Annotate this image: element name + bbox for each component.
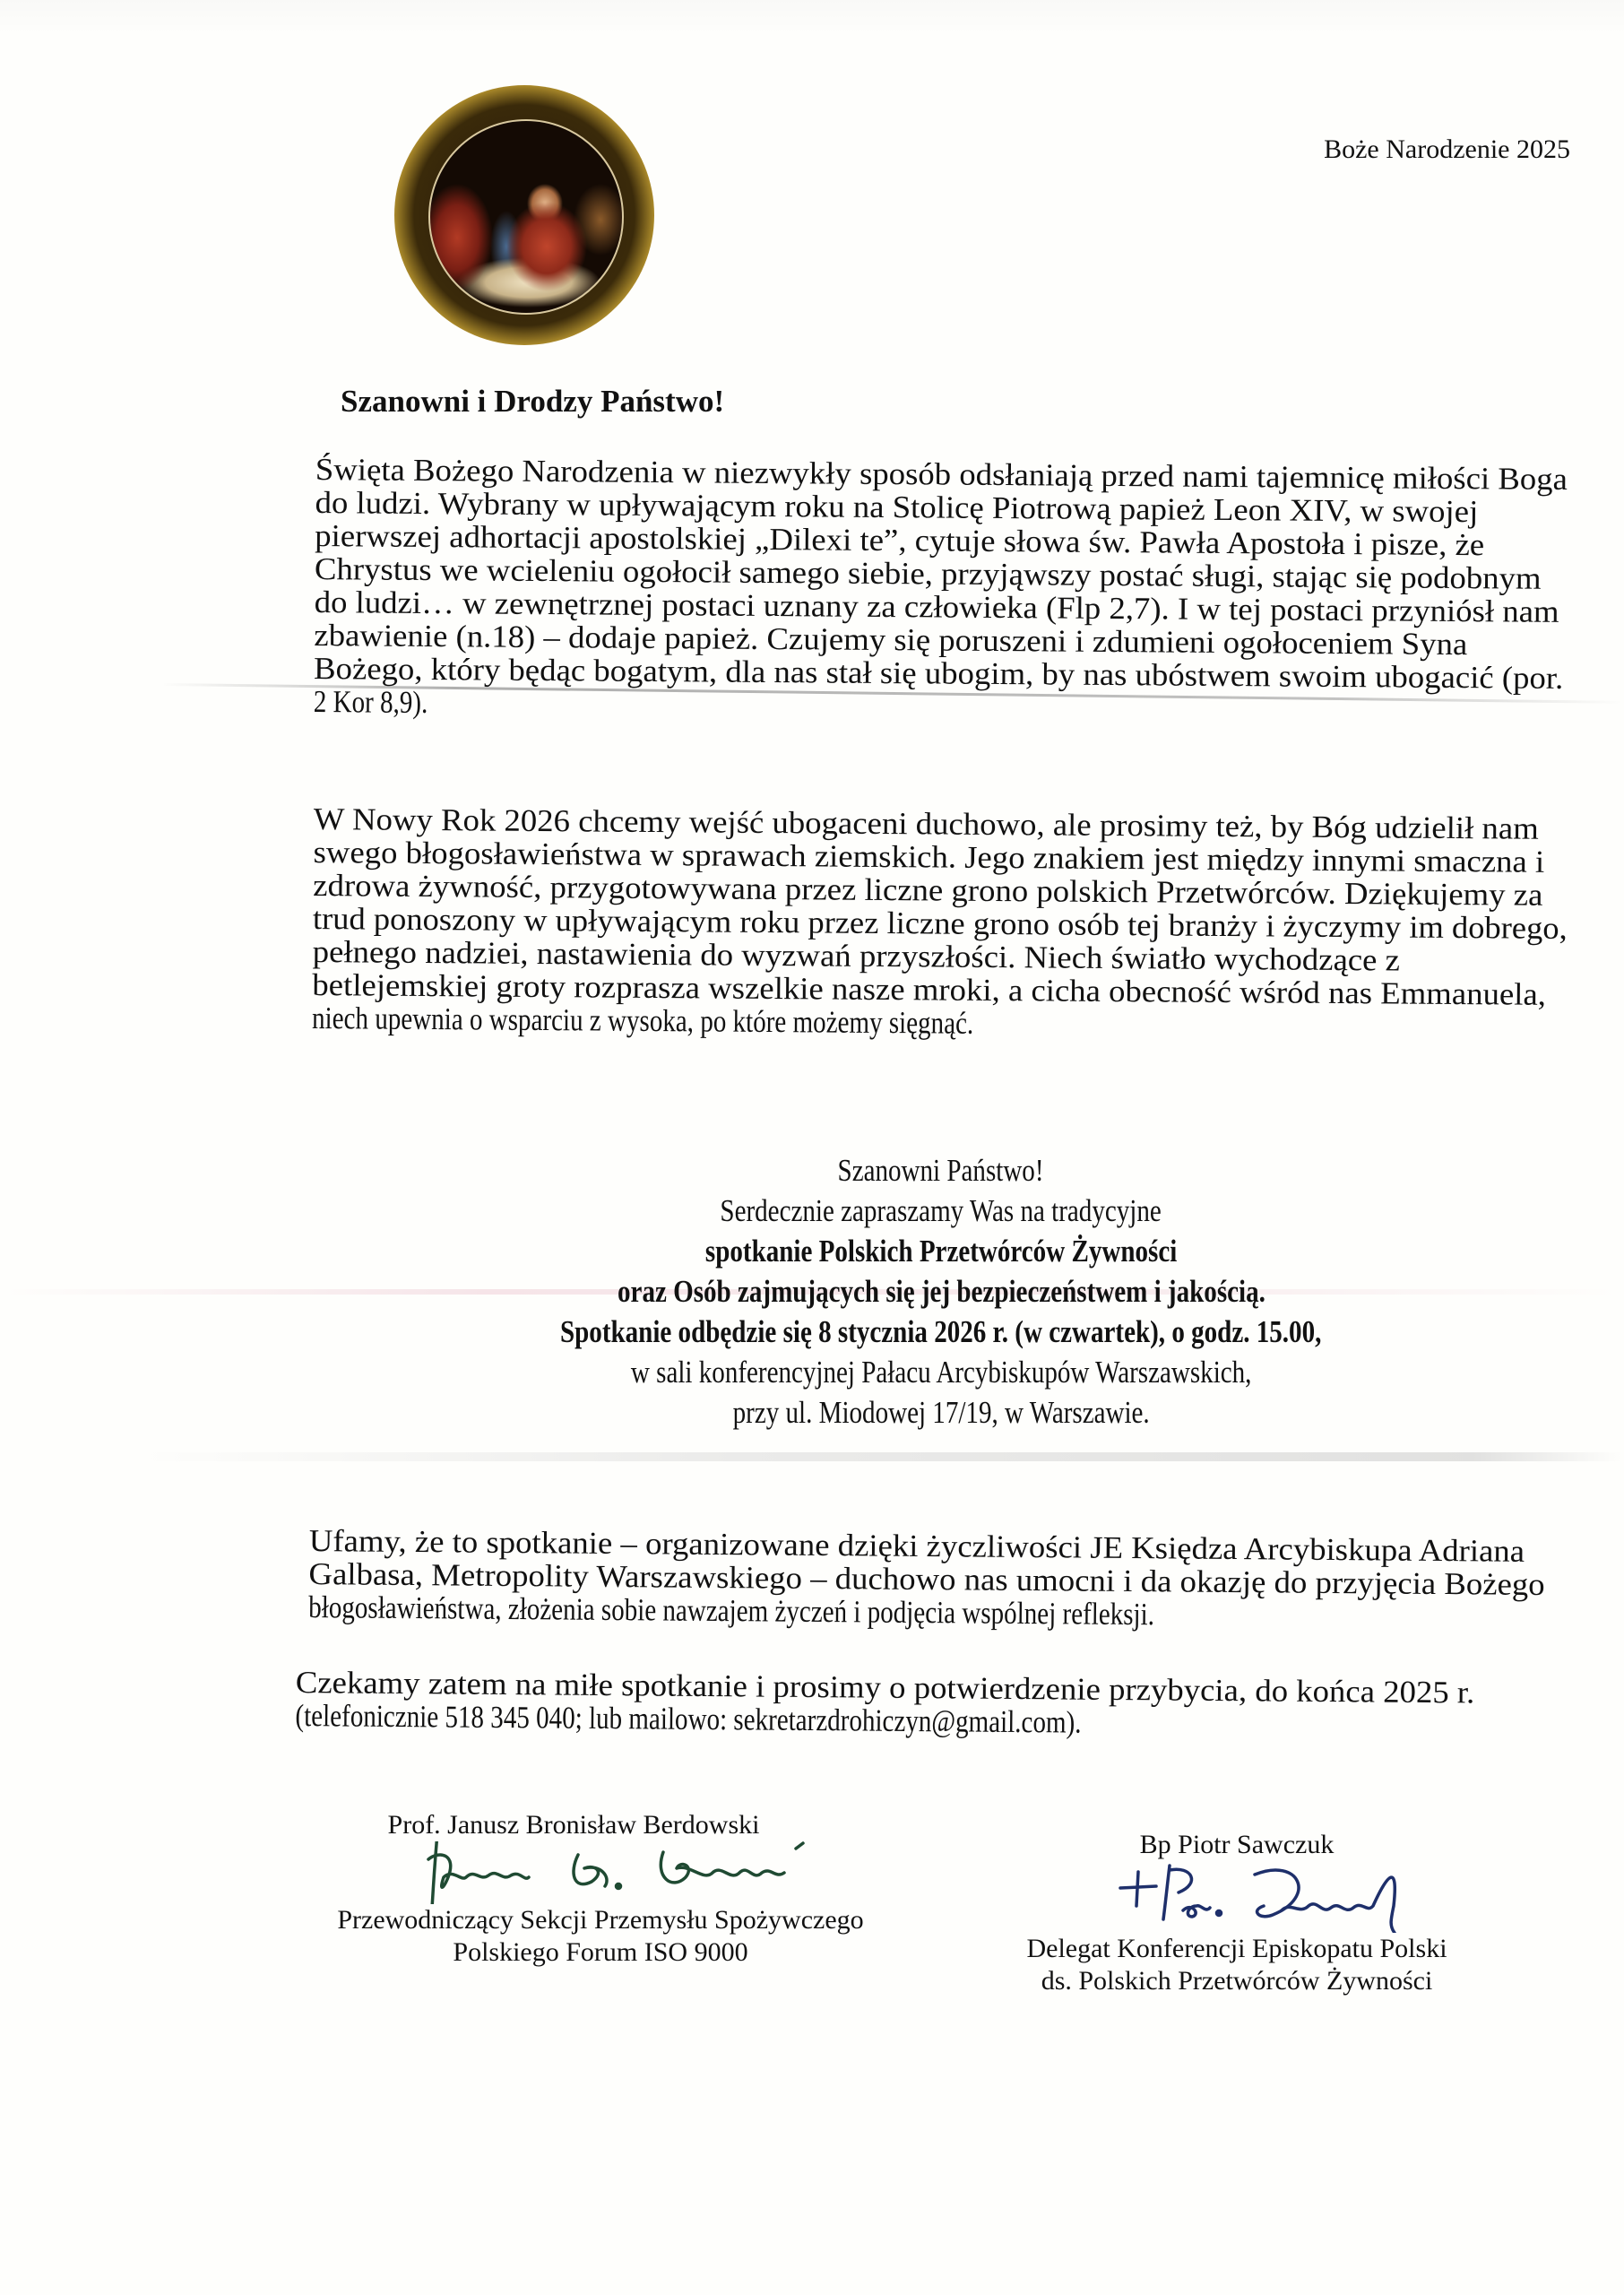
invitation-address: przy ul. Miodowej 17/19, w Warszawie. [421, 1392, 1461, 1433]
handwritten-signature-icon [1049, 1861, 1425, 1933]
invitation-block: Szanowni Państwo! Serdecznie zapraszamy … [421, 1150, 1461, 1433]
signatory-role: ds. Polskich Przetwórców Żywności [977, 1965, 1497, 1997]
invitation-line: Serdecznie zapraszamy Was na tradycyjne [421, 1191, 1461, 1231]
handwritten-signature-icon [376, 1841, 825, 1904]
invitation-venue: w sali konferencyjnej Pałacu Arcybiskupó… [421, 1352, 1461, 1392]
invitation-date-time: Spotkanie odbędzie się 8 stycznia 2026 r… [421, 1312, 1461, 1352]
signatory-left: Prof. Janusz Bronisław Berdowski Przewod… [305, 1809, 896, 1969]
invitation-salutation: Szanowni Państwo! [421, 1150, 1461, 1191]
signatory-name: Bp Piotr Sawczuk [977, 1829, 1497, 1861]
signatory-role: Polskiego Forum ISO 9000 [305, 1936, 896, 1969]
letter-page: Boże Narodzenie 2025 Szanowni i Drodzy P… [0, 0, 1624, 2295]
invitation-event-title: spotkanie Polskich Przetwórców Żywności [421, 1231, 1461, 1271]
paper-fold-line [134, 1452, 1622, 1461]
greeting: Szanowni i Drodzy Państwo! [341, 384, 724, 420]
date-line: Boże Narodzenie 2025 [1324, 134, 1570, 165]
paragraph-4-rsvp: Czekamy zatem na miłe spotkanie i prosim… [295, 1666, 1551, 1743]
nativity-scene-image [428, 119, 624, 315]
invitation-event-subtitle: oraz Osób zajmujących się jej bezpieczeń… [421, 1271, 1461, 1312]
paragraph-2: W Nowy Rok 2026 chcemy wejść ubogaceni d… [312, 802, 1568, 1044]
signatory-role: Delegat Konferencji Episkopatu Polski [977, 1933, 1497, 1965]
signatory-role: Przewodniczący Sekcji Przemysłu Spożywcz… [305, 1904, 896, 1936]
nativity-medallion-icon [394, 85, 654, 345]
signatory-right: Bp Piotr Sawczuk Delegat Konferencji Epi… [977, 1829, 1497, 1997]
paragraph-3: Ufamy, że to spotkanie – organizowane dz… [308, 1524, 1564, 1634]
paragraph-1: Święta Bożego Narodzenia w niezwykły spo… [314, 453, 1570, 728]
signatory-name: Prof. Janusz Bronisław Berdowski [251, 1809, 896, 1841]
